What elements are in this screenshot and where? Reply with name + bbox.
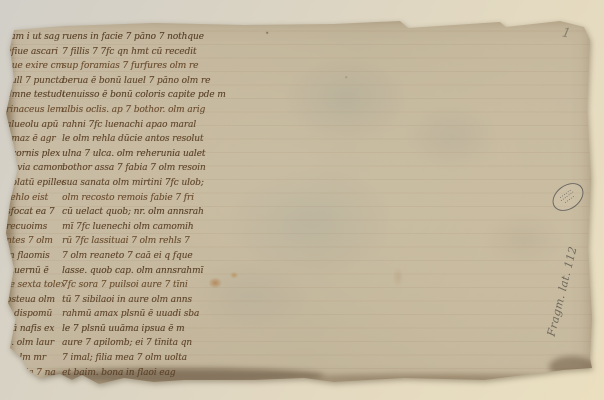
manuscript-line: rahni 7fc luenachi apao maral xyxy=(62,118,232,133)
manuscript-line: ē dispomū xyxy=(6,307,64,322)
manuscript-line: ecornis plex xyxy=(6,147,64,162)
manuscript-line: ram i ut sag xyxy=(6,30,64,45)
manuscript-line: recuoims xyxy=(6,220,64,235)
manuscript-line: te sexta tolex xyxy=(6,278,64,293)
manuscript-line: in via camomil xyxy=(6,161,64,176)
manuscript-line: sup foramias 7 furfures olm re xyxy=(62,59,232,74)
manuscript-line: tenuisso ē bonū coloris capite pde m xyxy=(62,88,232,103)
manuscript-line: tū 7 sibilaoi in aure olm anns xyxy=(62,293,232,308)
manuscript-line: ntes 7 olm xyxy=(6,234,64,249)
library-stamp: •••••••••••••••••• xyxy=(547,177,589,216)
manuscript-line: aure 7 apilomb; ei 7 tīnita qn xyxy=(62,336,232,351)
manuscript-line: que exire cm xyxy=(6,59,64,74)
manuscript-line: ablatū epilled xyxy=(6,176,64,191)
manuscript-line: dmne testudo xyxy=(6,88,64,103)
parchment-fragment: ram i ut sagefiue ascarique exire cmcull… xyxy=(0,0,604,400)
manuscript-line: 7 imal; filia mea 7 olm uolta xyxy=(62,351,232,366)
manuscript-line: berua ē bonū lauel 7 pāno olm re xyxy=(62,74,232,89)
manuscript-line: cull 7 punctae xyxy=(6,74,64,89)
manuscript-line: rahmū amax plsnū ē uuadi sba xyxy=(62,307,232,322)
manuscript-line: rehlo eist xyxy=(6,191,64,206)
manuscript-line: 7 olm reaneto 7 caā ei q fque xyxy=(62,249,232,264)
manuscript-line: alueolu apū xyxy=(6,118,64,133)
manuscript-line: egglia 7 na xyxy=(6,366,64,381)
text-column-left: ram i ut sagefiue ascarique exire cmcull… xyxy=(6,30,64,382)
manuscript-line: et baim. bona in flaoi eag xyxy=(62,366,232,381)
manuscript-line: cū uelact quob; nr. olm annsrah xyxy=(62,205,232,220)
stain-bottom-right-corner xyxy=(549,356,595,378)
manuscript-line: lauernū ē xyxy=(6,264,64,279)
manuscript-line: uā nafis ex xyxy=(6,322,64,337)
photo-backdrop: ram i ut sagefiue ascarique exire cmcull… xyxy=(0,0,604,400)
manuscript-line: 7 fillis 7 7fc qn hmt cū recedit xyxy=(62,45,232,60)
folio-number-pencil: 1 xyxy=(561,25,572,41)
manuscript-line: ruens in facie 7 pāno 7 nothque xyxy=(62,30,232,45)
text-column-main: ruens in facie 7 pāno 7 nothque7 fillis … xyxy=(62,30,232,382)
manuscript-line: e olm mr xyxy=(6,351,64,366)
manuscript-line: efiue ascari xyxy=(6,45,64,60)
manuscript-line: mī 7fc luenechi olm camomih xyxy=(62,220,232,235)
manuscript-line: sua sanata olm mirtini 7fc ulob; xyxy=(62,176,232,191)
manuscript-line: olm recosto remois fabie 7 fri xyxy=(62,191,232,206)
manuscript-line: in flaomis xyxy=(6,249,64,264)
manuscript-line: albis oclis. ap 7 bothor. olm arig xyxy=(62,103,232,118)
manuscript-line: amaz ē agr xyxy=(6,132,64,147)
manuscript-line: 7fc sora 7 puilsoi aure 7 tīni xyxy=(62,278,232,293)
stain-bottom-edge xyxy=(304,374,564,383)
manuscript-line: o. olm laur xyxy=(6,336,64,351)
shelfmark-pencil: Fragm. lat. 112 xyxy=(545,218,588,338)
manuscript-line: le olm rehla dūcie antos resolut xyxy=(62,132,232,147)
manuscript-line: osteua olm xyxy=(6,293,64,308)
manuscript-line: bothor assa 7 fabia 7 olm resoin xyxy=(62,161,232,176)
manuscript-line: sfocat ea 7 xyxy=(6,205,64,220)
manuscript-line: lasse. quob cap. olm annsrahmī xyxy=(62,264,232,279)
manuscript-line: ulna 7 ulca. olm reherunia ualet xyxy=(62,147,232,162)
manuscript-line: rinaceus lem xyxy=(6,103,64,118)
manuscript-line: rū 7fc lassituai 7 olm rehls 7 xyxy=(62,234,232,249)
manuscript-line: le 7 plsnū uuāma ipsua ē m xyxy=(62,322,232,337)
parchment-surface: ram i ut sagefiue ascarique exire cmcull… xyxy=(4,18,594,388)
